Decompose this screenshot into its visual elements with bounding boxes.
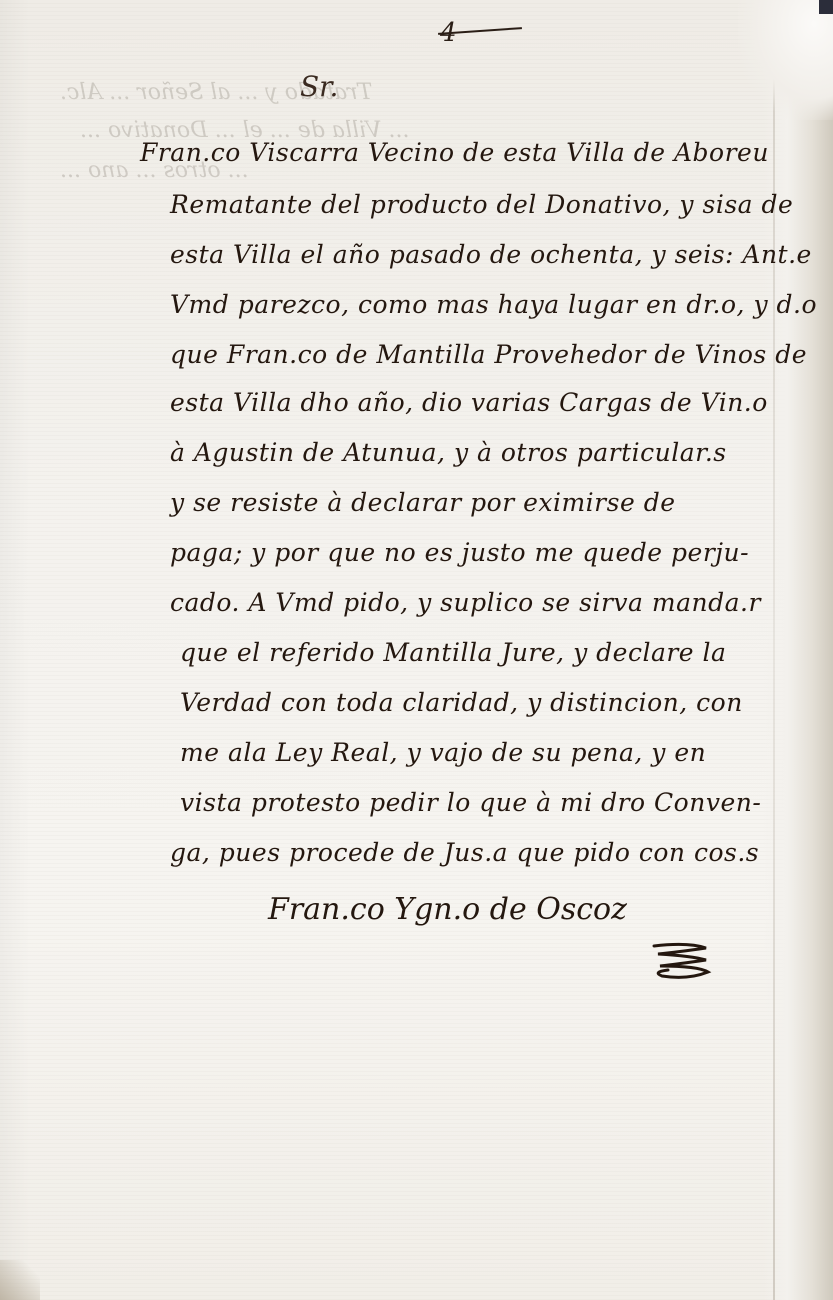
- signature: Fran.co Ygn.o de Oscoz: [268, 892, 627, 927]
- torn-corner: [738, 0, 833, 120]
- signature-rubric-flourish: [648, 940, 714, 980]
- text-line: y se resiste à declarar por eximirse de: [170, 488, 676, 517]
- text-line: que el referido Mantilla Jure, y declare…: [180, 638, 726, 667]
- text-line: ga, pues procede de Jus.a que pido con c…: [170, 838, 759, 867]
- text-line: paga; y por que no es justo me quede per…: [170, 538, 749, 567]
- text-line: Fran.co Viscarra Vecino de esta Villa de…: [140, 138, 769, 167]
- text-line: que Fran.co de Mantilla Provehedor de Vi…: [170, 340, 807, 369]
- text-line: me ala Ley Real, y vajo de su pena, y en: [180, 738, 706, 767]
- background-corner: [819, 0, 833, 14]
- manuscript-page: Tratado y ... al Señor ... Alc. ... Vill…: [0, 0, 833, 1300]
- underlying-page-shadow: [0, 1260, 40, 1300]
- text-line: à Agustin de Atunua, y à otros particula…: [170, 438, 727, 467]
- text-line: cado. A Vmd pido, y suplico se sirva man…: [170, 588, 761, 617]
- folio-number: 4: [440, 18, 457, 48]
- invocation-mark: Sr.: [300, 70, 338, 103]
- text-line: esta Villa dho año, dio varias Cargas de…: [170, 388, 768, 417]
- text-line: Vmd parezco, como mas haya lugar en dr.o…: [170, 290, 817, 319]
- text-line: Verdad con toda claridad, y distincion, …: [180, 688, 743, 717]
- text-line: esta Villa el año pasado de ochenta, y s…: [170, 240, 812, 269]
- text-line: vista protesto pedir lo que à mi dro Con…: [180, 788, 761, 817]
- text-line: Rematante del producto del Donativo, y s…: [170, 190, 793, 219]
